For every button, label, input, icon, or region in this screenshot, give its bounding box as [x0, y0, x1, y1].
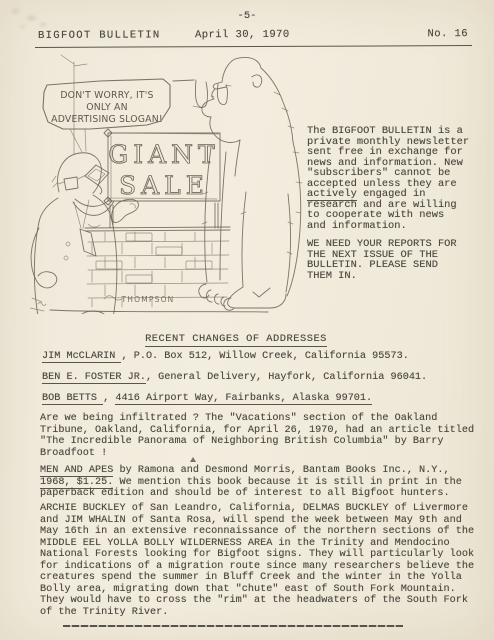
address-details: , General Delivery, Hayfork, California … — [146, 372, 427, 383]
address-entry: BOB BETTS , 4416 Airport Way, Fairbanks,… — [42, 393, 482, 414]
page-number: -5- — [0, 10, 494, 22]
underlined-text-segment: 1968, $1.25. — [40, 477, 113, 489]
issue-date: April 30, 1970 — [195, 29, 290, 41]
speech-bubble-line-2: ONLY AN — [86, 102, 128, 113]
scanned-newsletter-page: -5- BIGFOOT BULLETIN April 30, 1970 No. … — [0, 0, 494, 640]
address-entry: JIM McCLARIN , P.O. Box 512, Willow Cree… — [42, 351, 482, 372]
text-segment: The BIGFOOT BULLETIN is a private monthl… — [307, 125, 469, 190]
address-details: 4416 Airport Way, Fairbanks, Alaska 9970… — [115, 393, 372, 405]
speech-bubble-line-3: ADVERTISING SLOGAN! — [51, 114, 163, 125]
hook-shapes — [173, 80, 227, 107]
artist-signature: THOMPSON — [104, 295, 175, 304]
address-name: JIM McCLARIN — [42, 351, 121, 363]
reports-request: WE NEED YOUR REPORTS FOR THE NEXT ISSUE … — [307, 239, 487, 281]
text-segment: by Ramona and Desmond Morris, Bantam Boo… — [113, 465, 449, 476]
text-segment: ARCHIE BUCKLEY of San Leandro, Californi… — [40, 503, 474, 618]
address-name: BEN E. FOSTER JR. — [42, 372, 146, 384]
bulletin-title: BIGFOOT BULLETIN — [38, 29, 161, 42]
section-heading: RECENT CHANGES OF ADDRESSES — [36, 333, 436, 345]
text-segment: Are we being infiltrated ? The "Vacation… — [40, 413, 474, 459]
sign-line-1: GIANT — [108, 140, 219, 169]
address-name: BOB BETTS — [42, 393, 103, 405]
bottom-divider-rule — [63, 625, 403, 627]
address-separator: , — [103, 393, 115, 404]
pencil-smudge — [20, 25, 25, 28]
artist-signature-text: THOMPSON — [121, 295, 175, 304]
pencil-smudge — [40, 23, 46, 26]
article-men-and-apes: MEN AND APES by Ramona and Desmond Morri… — [40, 465, 486, 500]
issue-number: No. 16 — [427, 28, 468, 40]
gorilla-figure — [193, 57, 302, 310]
speech-bubble-line-1: DON'T WORRY, IT'S — [60, 90, 153, 101]
article-infiltrated: Are we being infiltrated ? The "Vacation… — [40, 413, 486, 460]
address-details: , P.O. Box 512, Willow Creek, California… — [121, 351, 408, 362]
sign-line-2: SALE — [119, 171, 209, 200]
giant-sale-sign: GIANT SALE — [104, 129, 220, 228]
background-pole — [61, 55, 87, 154]
address-list: JIM McCLARIN , P.O. Box 512, Willow Cree… — [42, 351, 482, 414]
address-entry: BEN E. FOSTER JR., General Delivery, Hay… — [42, 372, 482, 393]
masthead: BIGFOOT BULLETIN April 30, 1970 No. 16 — [35, 28, 472, 48]
caret-mark — [190, 457, 196, 462]
section-heading-text: RECENT CHANGES OF ADDRESSES — [145, 333, 327, 347]
editorial-cartoon: DON'T WORRY, IT'S ONLY AN ADVERTISING SL… — [30, 52, 315, 314]
article-buckley-expedition: ARCHIE BUCKLEY of San Leandro, Californi… — [40, 503, 486, 618]
subscription-notice: The BIGFOOT BULLETIN is a private monthl… — [307, 126, 487, 231]
underlined-text-segment: MEN AND APES — [40, 465, 113, 477]
